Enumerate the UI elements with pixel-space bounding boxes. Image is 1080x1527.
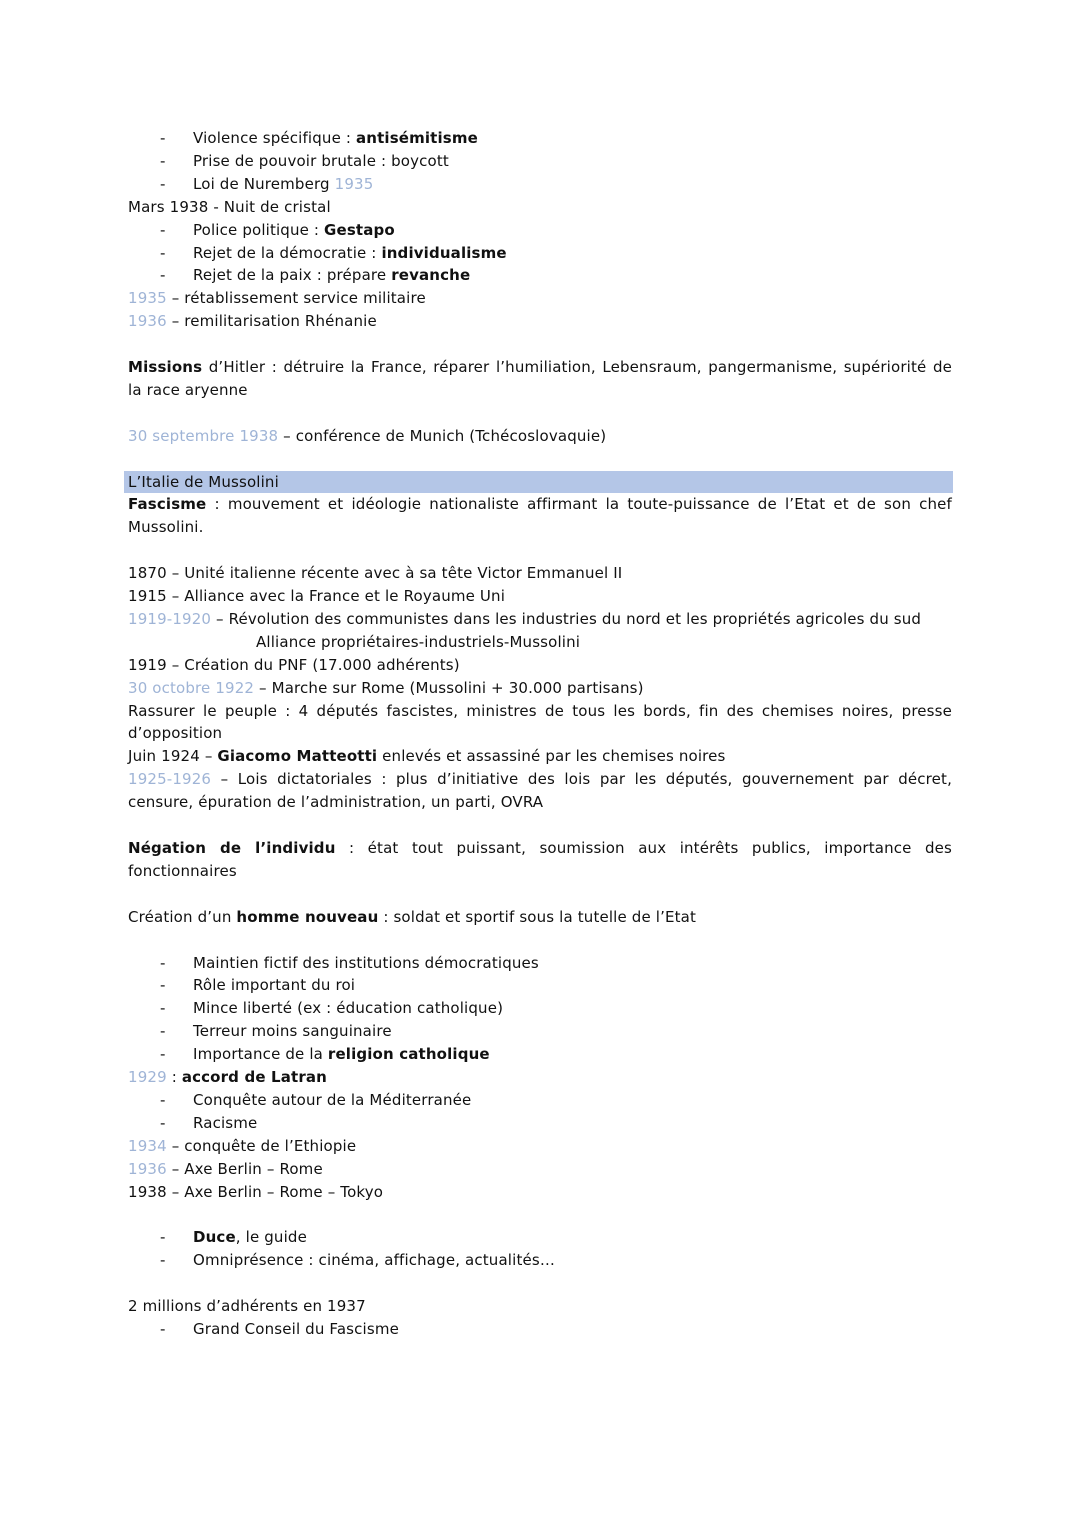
bullet-text: Maintien fictif des institutions démocra… [193, 954, 539, 972]
event-line: 1925-1926 – Lois dictatoriales : plus d’… [128, 768, 952, 814]
bullet-dash: - [160, 952, 166, 975]
date-text: 1934 [128, 1137, 167, 1155]
bullet-text: Importance de la [193, 1045, 328, 1063]
bullet-item: -Terreur moins sanguinaire [128, 1020, 952, 1043]
bullet-dash: - [160, 127, 166, 150]
spacer [128, 333, 952, 356]
event-line: 1919 – Création du PNF (17.000 adhérents… [128, 654, 952, 677]
bullet-text: Mince liberté (ex : éducation catholique… [193, 999, 503, 1017]
bullet-item: -Rejet de la démocratie : individualisme [128, 242, 952, 265]
bullet-item: -Importance de la religion catholique [128, 1043, 952, 1066]
bullet-dash: - [160, 997, 166, 1020]
bullet-bold: individualisme [381, 244, 506, 262]
event-text: – Axe Berlin – Rome [167, 1160, 323, 1178]
bullet-item: -Conquête autour de la Méditerranée [128, 1089, 952, 1112]
bullet-dash: - [160, 974, 166, 997]
event-line: 1915 – Alliance avec la France et le Roy… [128, 585, 952, 608]
bullet-text: Prise de pouvoir brutale : boycott [193, 152, 449, 170]
spacer [128, 1203, 952, 1226]
homme-text: : soldat et sportif sous la tutelle de l… [378, 908, 696, 926]
date-text: 1936 [128, 312, 167, 330]
bullet-dash: - [160, 1043, 166, 1066]
event-text: – Lois dictatoriales : plus d’initiative… [128, 770, 957, 811]
event-line: 1919-1920 – Révolution des communistes d… [128, 608, 952, 631]
event-text: – rétablissement service militaire [167, 289, 426, 307]
event-text: – conférence de Munich (Tchécoslovaquie) [278, 427, 606, 445]
negation-bold: Négation de l’individu [128, 839, 336, 857]
rassurer-paragraph: Rassurer le peuple : 4 députés fascistes… [128, 700, 952, 746]
spacer [128, 539, 952, 562]
adherents-line: 2 millions d’adhérents en 1937 [128, 1295, 952, 1318]
event-text: – remilitarisation Rhénanie [167, 312, 377, 330]
bullet-dash: - [160, 219, 166, 242]
event-line: Juin 1924 – Giacomo Matteotti enlevés et… [128, 745, 952, 768]
event-text: – Révolution des communistes dans les in… [211, 610, 921, 628]
alliance-line: Alliance propriétaires-industriels-Musso… [128, 631, 952, 654]
event-line: 1938 – Axe Berlin – Rome – Tokyo [128, 1181, 952, 1204]
bullet-text: Rejet de la démocratie : [193, 244, 381, 262]
negation-paragraph: Négation de l’individu : état tout puiss… [128, 837, 952, 883]
bullet-text: Loi de Nuremberg [193, 175, 335, 193]
bullet-dash: - [160, 150, 166, 173]
bullet-item: -Maintien fictif des institutions démocr… [128, 952, 952, 975]
bullet-text: Conquête autour de la Méditerranée [193, 1091, 471, 1109]
spacer [128, 448, 952, 471]
missions-text: d’Hitler : détruire la France, réparer l… [128, 358, 957, 399]
event-text: – Marche sur Rome (Mussolini + 30.000 pa… [254, 679, 643, 697]
separator: : [167, 1068, 182, 1086]
bullet-dash: - [160, 1020, 166, 1043]
bullet-item: -Duce, le guide [128, 1226, 952, 1249]
bullet-dash: - [160, 1318, 166, 1341]
spacer [128, 883, 952, 906]
bullet-item: -Grand Conseil du Fascisme [128, 1318, 952, 1341]
fascisme-bold: Fascisme [128, 495, 206, 513]
missions-paragraph: Missions d’Hitler : détruire la France, … [128, 356, 952, 402]
date-text: 30 octobre 1922 [128, 679, 254, 697]
bullet-text: , le guide [236, 1228, 307, 1246]
event-line: 1870 – Unité italienne récente avec à sa… [128, 562, 952, 585]
event-text: enlevés et assassiné par les chemises no… [377, 747, 725, 765]
date-text: 30 septembre 1938 [128, 427, 278, 445]
event-text: Juin 1924 – [128, 747, 217, 765]
kristallnacht-line: Mars 1938 - Nuit de cristal [128, 196, 952, 219]
date-text: 1935 [128, 289, 167, 307]
bullet-dash: - [160, 264, 166, 287]
spacer [128, 1272, 952, 1295]
bullet-bold: Gestapo [324, 221, 395, 239]
fascisme-text: : mouvement et idéologie nationaliste af… [128, 495, 957, 536]
date-text: 1936 [128, 1160, 167, 1178]
event-line: 30 octobre 1922 – Marche sur Rome (Musso… [128, 677, 952, 700]
date-text: 1925-1926 [128, 770, 211, 788]
bullet-text: Grand Conseil du Fascisme [193, 1320, 399, 1338]
spacer [128, 402, 952, 425]
bullet-bold: antisémitisme [356, 129, 478, 147]
matteotti-bold: Giacomo Matteotti [217, 747, 377, 765]
bullet-item: -Loi de Nuremberg 1935 [128, 173, 952, 196]
latran-line: 1929 : accord de Latran [128, 1066, 952, 1089]
bullet-item: -Rejet de la paix : prépare revanche [128, 264, 952, 287]
bullet-text: Rôle important du roi [193, 976, 355, 994]
munich-line: 30 septembre 1938 – conférence de Munich… [128, 425, 952, 448]
bullet-text: Racisme [193, 1114, 257, 1132]
document-page: -Violence spécifique : antisémitisme -Pr… [128, 127, 952, 1341]
bullet-text: Omniprésence : cinéma, affichage, actual… [193, 1251, 555, 1269]
event-line: 1934 – conquête de l’Ethiopie [128, 1135, 952, 1158]
bullet-item: -Prise de pouvoir brutale : boycott [128, 150, 952, 173]
fascisme-definition: Fascisme : mouvement et idéologie nation… [128, 493, 952, 539]
bullet-bold: Duce [193, 1228, 236, 1246]
bullet-item: -Rôle important du roi [128, 974, 952, 997]
bullet-item: -Racisme [128, 1112, 952, 1135]
date-text: 1935 [335, 175, 374, 193]
bullet-item: -Police politique : Gestapo [128, 219, 952, 242]
bullet-text: Terreur moins sanguinaire [193, 1022, 392, 1040]
bullet-text: Police politique : [193, 221, 324, 239]
date-text: 1929 [128, 1068, 167, 1086]
event-text: – conquête de l’Ethiopie [167, 1137, 356, 1155]
bullet-item: -Violence spécifique : antisémitisme [128, 127, 952, 150]
bullet-dash: - [160, 242, 166, 265]
bullet-bold: religion catholique [328, 1045, 490, 1063]
event-line: 1936 – Axe Berlin – Rome [128, 1158, 952, 1181]
event-line: 1936 – remilitarisation Rhénanie [128, 310, 952, 333]
bullet-dash: - [160, 1226, 166, 1249]
bullet-dash: - [160, 173, 166, 196]
event-line: 1935 – rétablissement service militaire [128, 287, 952, 310]
spacer [128, 814, 952, 837]
homme-bold: homme nouveau [236, 908, 378, 926]
bullet-dash: - [160, 1089, 166, 1112]
bullet-dash: - [160, 1112, 166, 1135]
bullet-text: Rejet de la paix : prépare [193, 266, 391, 284]
bullet-item: -Omniprésence : cinéma, affichage, actua… [128, 1249, 952, 1272]
bullet-text: Violence spécifique : [193, 129, 356, 147]
date-text: 1919-1920 [128, 610, 211, 628]
bullet-item: -Mince liberté (ex : éducation catholiqu… [128, 997, 952, 1020]
bullet-bold: revanche [391, 266, 470, 284]
section-heading-italy: L’Italie de Mussolini [124, 471, 953, 494]
bullet-dash: - [160, 1249, 166, 1272]
homme-nouveau-line: Création d’un homme nouveau : soldat et … [128, 906, 952, 929]
missions-bold: Missions [128, 358, 202, 376]
latran-bold: accord de Latran [182, 1068, 327, 1086]
spacer [128, 929, 952, 952]
homme-text: Création d’un [128, 908, 236, 926]
